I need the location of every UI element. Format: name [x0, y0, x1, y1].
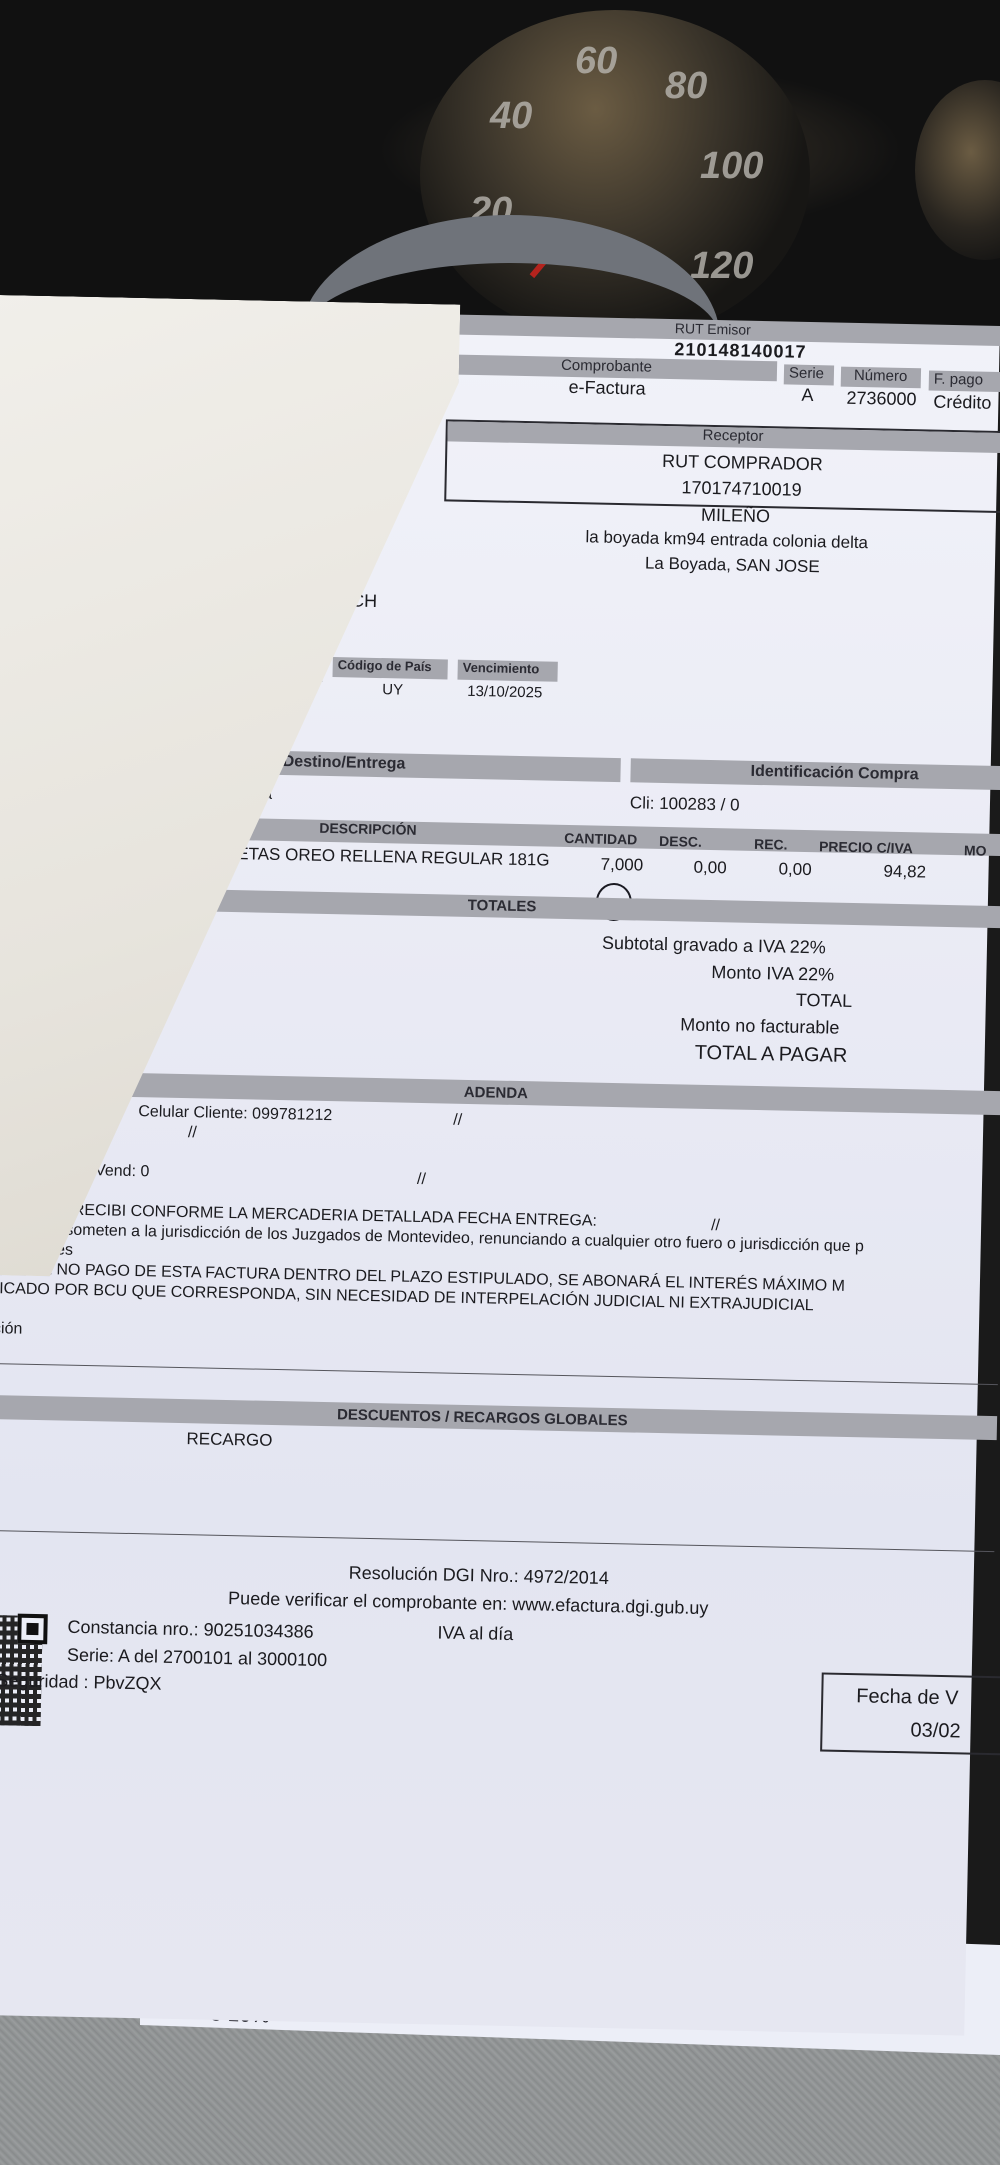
totales-label: TOTALES: [468, 897, 537, 915]
adenda-celular-cliente: Celular Cliente: 099781212: [138, 1103, 332, 1125]
iva-al-dia: IVA al día: [437, 1622, 513, 1645]
fecha-vencimiento-label: Fecha de V: [856, 1685, 959, 1710]
speedometer-label: 80: [665, 65, 707, 108]
e-factura-document: oy desde 1946 OY S.A. CND AR 2600 y ARGE…: [0, 315, 1000, 2036]
serie-value: A: [801, 385, 813, 406]
receptor-name: MILEÑO: [701, 505, 770, 527]
row-precio: 94,82: [883, 862, 926, 883]
footer-divider: [0, 1530, 994, 1552]
codigo-seguridad: de Seguridad : PbvZQX: [0, 1670, 162, 1695]
identificacion-value: Cli: 100283 / 0: [630, 793, 740, 815]
fecha-vencimiento-value: 03/02: [910, 1719, 961, 1743]
receptor-label: Receptor: [702, 427, 763, 445]
qr-finder-pattern: [17, 1614, 48, 1645]
monto-iva-label: Monto IVA 22%: [711, 962, 834, 986]
forma-pago-value: Crédito: [933, 392, 991, 414]
adenda-separator: //: [453, 1112, 462, 1130]
folded-paper-overlay: [0, 294, 460, 1284]
fecha-vencimiento-box: [820, 1673, 1000, 1756]
adenda-line: ración: [0, 1320, 23, 1339]
verificar-comprobante: Puede verificar el comprobante en: www.e…: [228, 1588, 709, 1619]
identificacion-label: Identificación Compra: [750, 763, 918, 785]
adenda-separator: //: [711, 1217, 720, 1235]
numero-value: 2736000: [846, 388, 917, 410]
speedometer-label: 40: [490, 95, 532, 138]
total-a-pagar-label: TOTAL A PAGAR: [694, 1042, 847, 1068]
speedometer-label: 100: [700, 145, 763, 188]
col-monto: MO: [964, 842, 987, 858]
col-rec: REC.: [754, 836, 788, 853]
recargo-label: RECARGO: [186, 1429, 272, 1451]
receptor-address: la boyada km94 entrada colonia delta: [585, 527, 868, 553]
monto-no-facturable-label: Monto no facturable: [680, 1014, 840, 1038]
rut-comprador-value: 170174710019: [681, 477, 802, 501]
numero-label: Número: [854, 367, 908, 385]
vencimiento-label: Vencimiento: [463, 660, 540, 677]
constancia-nro: Constancia nro.: 90251034386: [67, 1617, 314, 1643]
rut-comprador-label: RUT COMPRADOR: [662, 451, 823, 475]
col-desc: DESC.: [659, 833, 702, 850]
subtotal-gravado-label: Subtotal gravado a IVA 22%: [602, 933, 826, 959]
speedometer-label: 60: [575, 40, 617, 83]
rut-emisor-label: RUT Emisor: [675, 320, 751, 338]
row-rec: 0,00: [778, 859, 812, 880]
resolucion-dgi: Resolución DGI Nro.: 4972/2014: [349, 1563, 610, 1589]
col-descripcion: DESCRIPCIÓN: [319, 820, 417, 838]
comprobante-value: e-Factura: [568, 377, 645, 400]
comprobante-label: Comprobante: [561, 357, 652, 376]
col-precio: PRECIO C/IVA: [819, 838, 913, 856]
receptor-city: La Boyada, SAN JOSE: [645, 554, 820, 578]
serie-rango: Serie: A del 2700101 al 3000100: [67, 1645, 328, 1671]
speedometer-label: 120: [690, 245, 753, 288]
codigo-pais-label: Código de País: [338, 657, 432, 674]
row-cantidad: 7,000: [600, 855, 643, 876]
row-desc: 0,00: [693, 858, 727, 879]
codigo-pais-value: UY: [382, 681, 403, 698]
adenda-divider: [0, 1363, 998, 1385]
adenda-separator: //: [417, 1171, 426, 1189]
total-label: TOTAL: [796, 990, 853, 1012]
forma-pago-label: F. pago: [934, 371, 984, 389]
adenda-label: ADENDA: [464, 1084, 529, 1102]
row-descripcion: GALLETAS OREO RELLENA REGULAR 181G: [194, 843, 550, 870]
col-cantidad: CANTIDAD: [564, 830, 637, 848]
adenda-separator: //: [188, 1124, 197, 1142]
vencimiento-value: 13/10/2025: [467, 683, 542, 702]
serie-label: Serie: [789, 365, 824, 383]
